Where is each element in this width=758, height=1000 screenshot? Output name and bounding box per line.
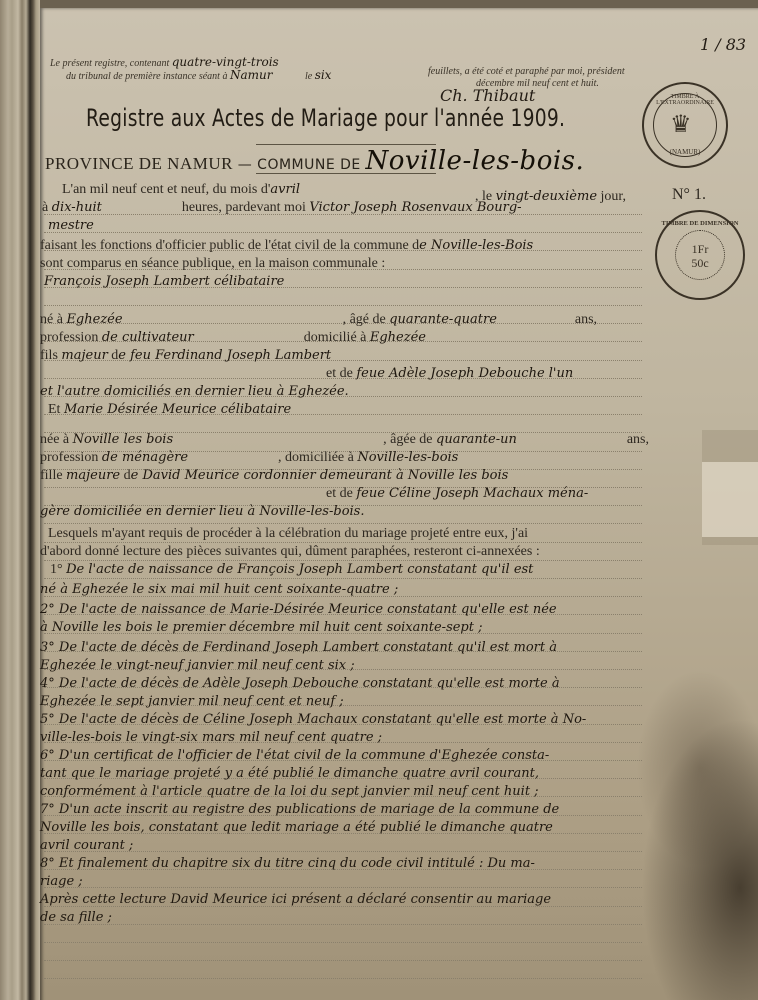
record-line: avril courant ; [40,838,640,854]
act-number: N° 1. [672,186,706,204]
commune-label: — COMMUNE DE [238,157,361,173]
record-line: né à Eghezée, âgé de quarante-quatreans, [40,312,640,328]
ruled-line [44,305,642,306]
record-line: mestre [48,218,648,234]
stamp-value: 1Fr [657,242,743,257]
record-line: fille majeure de David Meurice cordonnie… [40,468,640,484]
preamble-day: six [315,68,332,82]
folio-number: 1 / 83 [700,35,746,54]
record-line: faisant les fonctions d'officier public … [40,238,640,254]
ornament-divider [256,173,436,174]
preamble-line-2: du tribunal de première instance séant à… [66,68,331,82]
record-line: 3° De l'acte de décès de Ferdinand Josep… [40,640,640,656]
page-title: Registre aux Actes de Mariage pour l'ann… [86,104,565,132]
preamble-sheet-count: quatre-vingt-trois [172,55,279,69]
preamble-le: le [305,71,312,82]
record-line: Noville les bois, constatant que ledit m… [40,820,640,836]
record-line: riage ; [40,874,640,890]
record-line: née à Noville les bois, âgée de quarante… [40,432,640,448]
record-line: Eghezée le sept janvier mil neuf cent et… [40,694,640,710]
record-line: Lesquels m'ayant requis de procéder à la… [48,526,648,542]
lion-crown-icon: ♛ [670,110,692,139]
preamble-text: du tribunal de première instance séant à [66,71,227,82]
ruled-line [44,560,642,561]
record-line: sont comparus en séance publique, en la … [40,256,640,272]
record-line: Eghezée le vingt-neuf janvier mil neuf c… [40,658,640,674]
record-line: tant que le mariage projeté y a été publ… [40,766,640,782]
stamp-text: (NAMUR) [644,148,726,156]
record-line: né à Eghezée le six mai mil huit cent so… [40,582,640,598]
province-label: PROVINCE DE NAMUR [45,154,233,173]
record-line: ville-les-bois le vingt-six mars mil neu… [40,730,640,746]
record-line: 6° D'un certificat de l'officier de l'ét… [40,748,640,764]
record-line: 1° De l'acte de naissance de François Jo… [50,562,650,578]
ornament-divider [256,144,436,145]
record-line: et de feue Adèle Joseph Debouche l'un [326,366,646,382]
province-heading: PROVINCE DE NAMUR — COMMUNE DE Noville-l… [45,146,584,176]
record-line: à Noville les bois le premier décembre m… [40,620,640,636]
record-line: 4° De l'acte de décès de Adèle Joseph De… [40,676,640,692]
stamp-text: TIMBRE À L'EXTRAORDINAIRE [644,94,726,106]
preamble-line-1-end: feuillets, a été coté et paraphé par moi… [428,66,625,77]
record-line: et l'autre domiciliés en dernier lieu à … [40,384,640,400]
record-line: , le vingt-deuxième jour, [475,189,655,205]
record-line: et de feue Céline Joseph Machaux ména- [326,486,646,502]
stamp-timbre-extraordinaire: TIMBRE À L'EXTRAORDINAIRE ♛ (NAMUR) [642,82,728,168]
record-line: conformément à l'article quatre de la lo… [40,784,640,800]
stamp-value: 50c [657,256,743,271]
record-line: fils majeur de feu Ferdinand Joseph Lamb… [40,348,640,364]
commune-value: Noville-les-bois. [366,146,585,176]
paper-slip [702,462,758,537]
record-line: 5° De l'acte de décès de Céline Joseph M… [40,712,640,728]
record-line: 8° Et finalement du chapitre six du titr… [40,856,640,872]
record-line: de sa fille ; [40,910,640,926]
ruled-line [44,942,642,943]
record-line: d'abord donné lecture des pièces suivant… [40,544,640,560]
record-line: Et Marie Désirée Meurice célibataire [48,402,648,418]
ruled-line [44,978,642,979]
ruled-line [44,523,642,524]
record-line: 7° D'un acte inscrit au registre des pub… [40,802,640,818]
preamble-city: Namur [230,68,273,82]
record-line: François Joseph Lambert célibataire [44,274,644,290]
record-line: Après cette lecture David Meurice ici pr… [40,892,640,908]
record-line: gère domiciliée en dernier lieu à Novill… [40,504,640,520]
stamp-timbre-dimension: TIMBRE DE DIMENSION 1Fr 50c [655,210,745,300]
register-page-edges [0,0,40,1000]
ruled-line [44,578,642,579]
record-line: profession de cultivateurdomicilié à Egh… [40,330,640,346]
top-shadow [40,0,758,8]
ruled-line [44,960,642,961]
president-signature: Ch. Thibaut [440,86,535,105]
ruled-line [44,542,642,543]
stamp-text: TIMBRE DE DIMENSION [657,220,743,227]
preamble-line-1: Le présent registre, contenant quatre-vi… [50,55,279,69]
record-line: profession de ménagère, domiciliée à Nov… [40,450,640,466]
record-line: 2° De l'acte de naissance de Marie-Désir… [40,602,640,618]
